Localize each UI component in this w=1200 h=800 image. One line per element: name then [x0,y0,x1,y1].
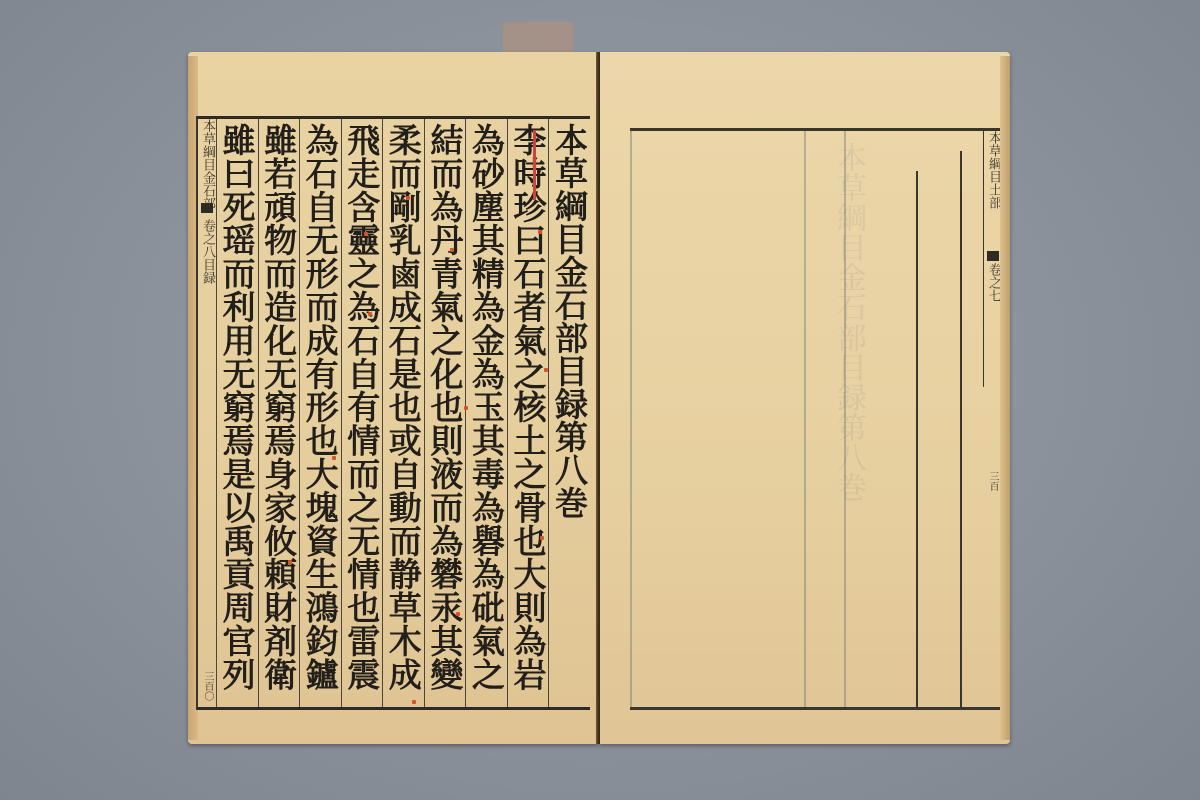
text-column: 飛走含靈之為石自有情而之无情也雷震星隕之 [341,119,383,707]
fish-tail-mark [987,251,999,261]
margin-page-number: 三百〇 [200,671,215,701]
column-rule [916,171,918,707]
text-column: 結而為丹青氣之化也則液而為礬汞其變也或自 [424,119,466,707]
open-book: 本草綱目金石部 卷之八目録 三百〇 本草綱目金石部目録第八巻 李時珍曰石者氣之核… [188,52,1010,744]
red-annotation-dot [456,612,460,616]
column-rule [960,151,962,707]
text-column: 李時珍曰石者氣之核土之骨也大則為岩巖細則 [507,119,549,707]
faint-rule [630,131,632,707]
red-annotation-dot [538,230,542,234]
text-column: 雖曰死瑶而利用无窮焉是以禹貢周官列其土産 [216,119,258,707]
red-annotation-dot [406,196,410,200]
text-frame: 本草綱目金石部 卷之八目録 三百〇 本草綱目金石部目録第八巻 李時珍曰石者氣之核… [196,116,590,710]
faint-rule [844,131,846,707]
text-columns: 本草綱目金石部目録第八巻 李時珍曰石者氣之核土之骨也大則為岩巖細則 為砂塵其精為… [216,119,590,707]
red-annotation-dot [368,312,372,316]
red-annotation-dot [540,536,544,540]
margin-volume: 卷之八目録 [200,219,215,284]
faint-rule [804,131,806,707]
red-annotation-dot [450,248,454,252]
right-page: 本草綱目金石部目録第八巻 本草綱目土部 卷之七 三百 [600,52,1010,744]
left-page: 本草綱目金石部 卷之八目録 三百〇 本草綱目金石部目録第八巻 李時珍曰石者氣之核… [188,52,598,744]
red-annotation-dot [364,232,368,236]
text-column: 柔而剛乳鹵成石是也或自動而静草木成石是也 [382,119,424,707]
red-annotation-dot [544,368,548,372]
red-annotation-dot [412,700,416,704]
right-page-edge [1000,56,1010,740]
red-annotation-dot [288,560,292,564]
text-column: 為石自无形而成有形也大塊資生鴻鈞鑪鞴金石 [299,119,341,707]
text-column-title: 本草綱目金石部目録第八巻 [548,119,590,707]
right-margin-page-number: 三百 [985,471,1000,491]
red-annotation-dot [332,456,336,460]
right-text-frame: 本草綱目土部 卷之七 三百 [630,128,1002,710]
red-annotation-dot [464,406,468,410]
left-margin-volume: 卷之八目録 [198,219,216,389]
text-column: 為砂塵其精為金為玉其毒為礜為砒氣之凝也則 [465,119,507,707]
red-annotation-line [533,130,536,200]
text-column: 雖若頑物而造化无窮焉身家攸頼財剤衛養金石 [258,119,300,707]
fish-tail-mark [201,203,213,213]
margin-heading: 本草綱目金石部 [200,119,215,210]
